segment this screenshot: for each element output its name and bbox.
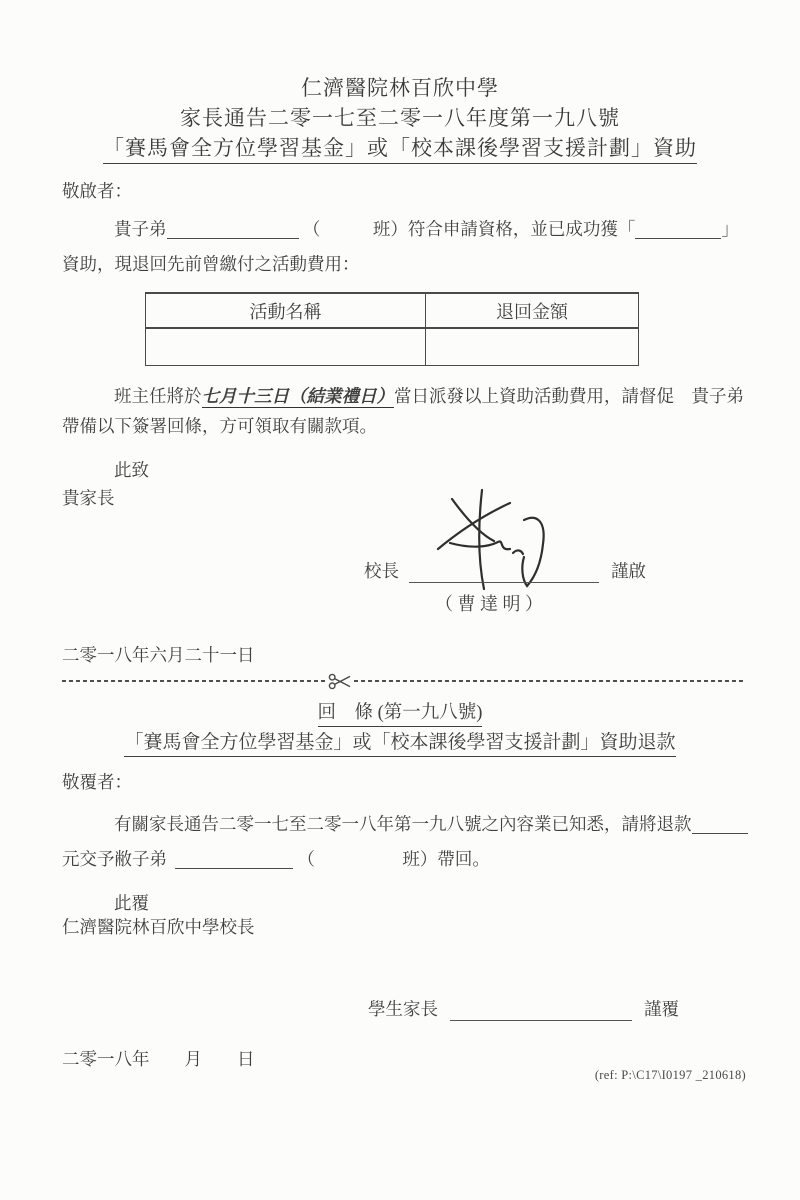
parent-honorific: 謹覆 <box>644 996 679 1021</box>
cut-line <box>62 673 746 689</box>
table-header-row: 活動名稱 退回金額 <box>146 293 639 328</box>
closing-addressee: 貴家長 <box>62 485 115 510</box>
school-name: 仁濟醫院林百欣中學 <box>0 72 800 102</box>
subject-line: 「賽馬會全方位學習基金」或「校本課後學習支援計劃」資助 <box>0 132 800 162</box>
col-header-activity: 活動名稱 <box>146 293 426 328</box>
reply-subject: 「賽馬會全方位學習基金」或「校本課後學習支援計劃」資助退款 <box>0 727 800 754</box>
ref-number: (ref: P:\C17\I0197 _210618) <box>595 1068 746 1083</box>
reply-addressee: 仁濟醫院林百欣中學校長 <box>62 914 255 939</box>
reply-heading-text: 回 條 (第一九八號) <box>318 703 483 727</box>
blank-fund-name <box>635 221 721 240</box>
principal-name: （ 曹 達 明 ） <box>398 590 580 616</box>
blank-student-name-reply <box>175 851 293 870</box>
parent-signature-row: 學生家長 謹覆 <box>368 996 679 1021</box>
para1-line1: 貴子弟 （ 班）符合申請資格，並已成功獲「」 <box>114 216 739 241</box>
para1-line2: 資助，現退回先前曾繳付之活動費用： <box>62 251 360 276</box>
blank-refund-amount <box>692 816 748 835</box>
cut-line-dashes-right <box>354 680 746 682</box>
subject-text: 「賽馬會全方位學習基金」或「校本課後學習支援計劃」資助 <box>103 136 697 164</box>
reply-date: 二零一八年 月 日 <box>62 1046 255 1071</box>
closing-cizhi: 此致 <box>114 457 149 482</box>
reply-line2-seg2: （ 班）帶回。 <box>297 849 490 869</box>
salutation: 敬啟者： <box>62 178 132 203</box>
para2-line2: 帶備以下簽署回條，方可領取有關款項。 <box>62 413 377 438</box>
reply-seg1: 有關家長通告二零一七至二零一八年第一九八號之內容業已知悉，請將退款 <box>114 814 692 834</box>
table-row <box>146 328 639 366</box>
refund-table: 活動名稱 退回金額 <box>145 292 639 366</box>
col-header-amount: 退回金額 <box>426 293 639 328</box>
para1-seg2: （ 班）符合申請資格，並已成功獲「 <box>303 219 636 239</box>
parent-signature-line <box>450 1000 632 1021</box>
cell-activity-name <box>146 328 426 366</box>
cut-line-dashes-left <box>62 680 326 682</box>
parent-label: 學生家長 <box>368 996 438 1021</box>
reply-para-line1: 有關家長通告二零一七至二零一八年第一九八號之內容業已知悉，請將退款 <box>114 811 748 836</box>
reply-line2-seg1: 元交予敝子弟 <box>62 849 167 869</box>
cell-refund-amount <box>426 328 639 366</box>
principal-label: 校長 <box>364 558 399 583</box>
reply-para-line2: 元交予敝子弟 （ 班）帶回。 <box>62 846 490 871</box>
notice-number: 家長通告二零一七至二零一八年度第一九八號 <box>0 102 800 132</box>
document-page: 仁濟醫院林百欣中學 家長通告二零一七至二零一八年度第一九八號 「賽馬會全方位學習… <box>0 0 800 1200</box>
para2-seg2: 當日派發以上資助活動費用，請督促 貴子弟 <box>394 386 744 406</box>
reply-salutation: 敬覆者： <box>62 769 132 794</box>
para2-seg1: 班主任將於 <box>114 386 202 406</box>
reply-closing-cifu: 此覆 <box>114 890 149 915</box>
principal-signature-row: 校長 謹啟 <box>364 558 646 583</box>
issue-date: 二零一八年六月二十一日 <box>62 642 255 667</box>
scissors-icon <box>328 673 352 690</box>
blank-student-name <box>167 221 299 240</box>
reply-heading: 回 條 (第一九八號) <box>0 698 800 724</box>
para1-seg3: 」 <box>721 219 739 239</box>
para1-seg1: 貴子弟 <box>114 219 167 239</box>
distribution-date: 七月十三日（結業禮日） <box>202 386 395 408</box>
principal-honorific: 謹啟 <box>611 558 646 583</box>
principal-signature-line <box>409 562 599 583</box>
reply-subject-text: 「賽馬會全方位學習基金」或「校本課後學習支援計劃」資助退款 <box>124 732 675 757</box>
para2-line1: 班主任將於七月十三日（結業禮日）當日派發以上資助活動費用，請督促 貴子弟 <box>114 383 744 408</box>
